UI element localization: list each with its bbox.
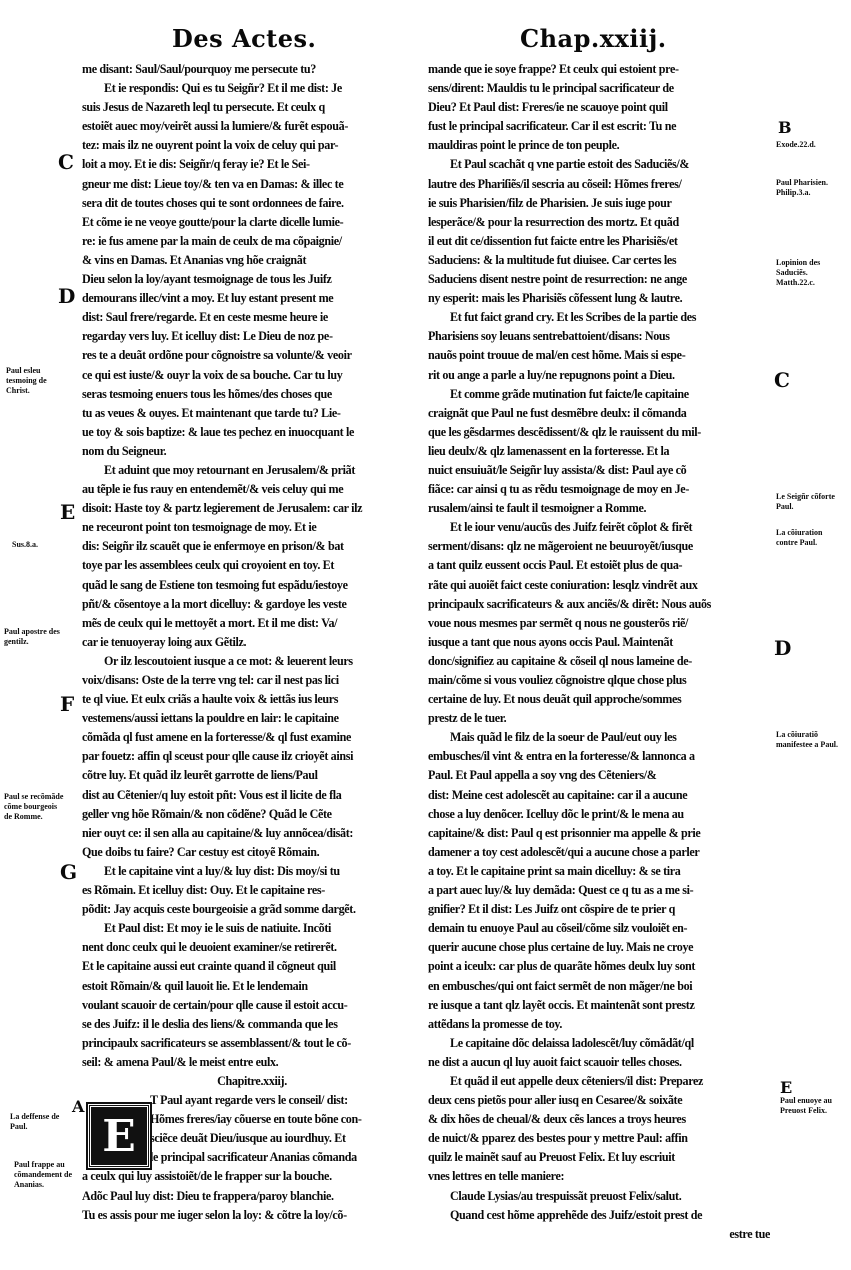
text-line: ue toy & sois baptize: & laue tes pechez…: [82, 423, 422, 442]
text-line: re: ie fus amene par la main de ceulx de…: [82, 232, 422, 251]
text-line: tu as veues & ouyes. Et maintenant que t…: [82, 404, 422, 423]
text-line: se des Juifz: il le deslia des liens/& c…: [82, 1015, 422, 1034]
margin-note-paul-pharisee: Paul Pharisien. Philip.3.a.: [776, 178, 838, 198]
text-line: geller vng hõe Rõmain/& non cõdẽne? Quãd…: [82, 805, 422, 824]
margin-note-paul-witness: Paul esleu tesmoing de Christ.: [6, 366, 68, 396]
text-line: rit ou ange a parle a luy/ne repugnons p…: [428, 366, 770, 385]
text-line: point a iceulx: car plus de quarãte hõme…: [428, 957, 770, 976]
running-head-right: Chap.xxiij.: [520, 24, 667, 53]
text-line: ne dist a aucun ql luy auoit faict scauo…: [428, 1053, 770, 1072]
text-line: a tant quilz eussent occis Paul. Et esto…: [428, 556, 770, 575]
text-line: serment/disans: qlz ne mãgeroient ne beu…: [428, 537, 770, 556]
text-line: Que doibs tu faire? Car cestuy est citoy…: [82, 843, 422, 862]
text-line: dist: Meine cest adolescẽt au capitaine:…: [428, 786, 770, 805]
margin-note-lord-comforts: Le Seigñr cõforte Paul.: [776, 492, 838, 512]
section-letter-e: E: [60, 500, 75, 524]
margin-note-paul-apostle: Paul apostre des gentilz.: [4, 627, 66, 647]
text-line: & dix hões de cheual/& deux cẽs lances a…: [428, 1110, 770, 1129]
text-line: embusches/il vint & entra en la forteres…: [428, 747, 770, 766]
text-line: Et quãd il eut appelle deux cẽteniers/il…: [428, 1072, 770, 1091]
text-line: main/cõme si vous vouliez cõgnoistre qlq…: [428, 671, 770, 690]
text-line: pñt/& cõsentoye a la mort dicelluy: & ga…: [82, 595, 422, 614]
text-line: dist: Saul frere/regarde. Et en ceste me…: [82, 308, 422, 327]
text-line: cõmãda ql fust amene en la forteresse/& …: [82, 728, 422, 747]
text-line: te ql viue. Et eulx criãs a haulte voix …: [82, 690, 422, 709]
text-line: toye par les assemblees ceulx qui croyoi…: [82, 556, 422, 575]
text-line: mande que ie soye frappe? Et ceulx qui e…: [428, 60, 770, 79]
text-line: vestemens/aussi iettans la pouldre en la…: [82, 709, 422, 728]
text-line: ne receuront point ton tesmoignage de mo…: [82, 518, 422, 537]
text-line: suis Jesus de Nazareth leql tu persecute…: [82, 98, 422, 117]
right-text-column: mande que ie soye frappe? Et ceulx qui e…: [428, 60, 770, 1244]
left-text-column: me disant: Saul/Saul/pourquoy me persecu…: [82, 60, 422, 1225]
text-line: sera dit de toutes choses qui te sont or…: [82, 194, 422, 213]
text-line: deux cens pietõs pour aller iusq en Cesa…: [428, 1091, 770, 1110]
text-line: Saduciens disent nestre point de resurre…: [428, 270, 770, 289]
text-line: fust le principal sacrificateur. Car il …: [428, 117, 770, 136]
text-line: me disant: Saul/Saul/pourquoy me persecu…: [82, 60, 422, 79]
text-line: donc/signifiez au capitaine & cõseil ql …: [428, 652, 770, 671]
text-line: nauõs point trouue de mal/en cest hõme. …: [428, 346, 770, 365]
text-line: car ie tenuoyeray loing aux Gẽtilz.: [82, 633, 422, 652]
text-line: a ceulx qui luy assistoiẽt/de le frapper…: [82, 1167, 422, 1186]
margin-note-paul-struck: Paul frappe au cõmandement de Ananias.: [14, 1160, 76, 1190]
text-line: a part auec luy/& luy demãda: Quest ce q…: [428, 881, 770, 900]
text-line: prestz de le tuer.: [428, 709, 770, 728]
margin-note-sus: Sus.8.a.: [12, 540, 74, 550]
text-line: Et cõme ie ne veoye goutte/pour la clart…: [82, 213, 422, 232]
text-line: quilz le mainẽt sauf au Preuost Felix. E…: [428, 1148, 770, 1167]
text-line: & vins en Damas. Et Ananias vng hõe crai…: [82, 251, 422, 270]
text-line: Pharisiens soy leuans sentrebattoient/di…: [428, 327, 770, 346]
text-line: Et Paul scachãt q vne partie estoit des …: [428, 155, 770, 174]
text-line: mẽs de ceulx qui le mettoyẽt a mort. Et …: [82, 614, 422, 633]
text-line: dis: Seigñr ilz scauẽt que ie enfermoye …: [82, 537, 422, 556]
text-line: capitaine/& dist: Paul q est prisonnier …: [428, 824, 770, 843]
text-line: attẽdans la promesse de toy.: [428, 1015, 770, 1034]
text-line: damener a toy cest adolescẽt/qui a aucun…: [428, 843, 770, 862]
text-line: lesperãce/& pour la resurrection des mor…: [428, 213, 770, 232]
text-line: sens/dirent: Mauldis tu le principal sac…: [428, 79, 770, 98]
text-line: loit a moy. Et ie dis: Seigñr/q feray ie…: [82, 155, 422, 174]
text-line: nom du Seigneur.: [82, 442, 422, 461]
text-line: quãd le sang de Estiene ton tesmoing fut…: [82, 576, 422, 595]
text-line: ce qui est iuste/& ouyr la voix de sa bo…: [82, 366, 422, 385]
text-line: iusque a tant que nous ayons occis Paul.…: [428, 633, 770, 652]
text-line: estoiẽt auec moy/veirẽt aussi la lumiere…: [82, 117, 422, 136]
text-line: res te a deuãt ordõne pour cõgnoistre sa…: [82, 346, 422, 365]
text-line: gnifier? Et il dist: Les Juifz ont cõspi…: [428, 900, 770, 919]
running-head-left: Des Actes.: [172, 24, 316, 53]
decorated-initial-e: E: [88, 1104, 150, 1168]
catchword: estre tue: [428, 1225, 770, 1244]
text-line: dist au Cẽtenier/q luy estoit pñt: Vous …: [82, 786, 422, 805]
section-letter-d-right: D: [774, 636, 791, 660]
text-line: certaine de luy. Et nous deuãt quil appr…: [428, 690, 770, 709]
text-line: lieu deulx/& qlz lamenassent en la forte…: [428, 442, 770, 461]
text-line: Et comme grãde mutination fut faicte/le …: [428, 385, 770, 404]
margin-note-paul-sent: Paul enuoye au Preuost Felix.: [780, 1096, 842, 1116]
text-line: Et ie respondis: Qui es tu Seigñr? Et il…: [82, 79, 422, 98]
text-line: Mais quãd le filz de la soeur de Paul/eu…: [428, 728, 770, 747]
text-line: voulant scauoir de certain/pour qlle cau…: [82, 996, 422, 1015]
text-line: rusalem/ainsi te fault il tesmoigner a R…: [428, 499, 770, 518]
text-line: lautre des Phariſiẽs/il sescria au cõsei…: [428, 175, 770, 194]
text-line: demourans illec/vint a moy. Et luy estan…: [82, 289, 422, 308]
text-line: a toy. Et le capitaine print sa main dic…: [428, 862, 770, 881]
text-line: nier ouyt ce: il sen alla au capitaine/&…: [82, 824, 422, 843]
section-letter-e-right: E: [780, 1078, 792, 1097]
margin-note-exodus: Exode.22.d.: [776, 140, 838, 150]
text-line: chose a luy denõcer. Icelluy dõc le prin…: [428, 805, 770, 824]
text-line: de nuict/& pparez des bestes pour y mett…: [428, 1129, 770, 1148]
text-line: en embusches/qui ont faict sermẽt de non…: [428, 977, 770, 996]
text-line: que les gẽsdarmes descẽdissent/& qlz le …: [428, 423, 770, 442]
text-line: estoit Rõmain/& quil lauoit lie. Et le l…: [82, 977, 422, 996]
text-line: au tẽple ie fus rauy en entendemẽt/& vei…: [82, 480, 422, 499]
text-line: Et le iour venu/aucũs des Juifz feirẽt c…: [428, 518, 770, 537]
section-letter-c: C: [58, 150, 74, 174]
text-line: gneur me dist: Lieue toy/& ten va en Dam…: [82, 175, 422, 194]
text-line: põdit: Jay acquis ceste bourgeoisie a gr…: [82, 900, 422, 919]
text-line: voix/disans: Oste de la terre vng tel: c…: [82, 671, 422, 690]
text-line: ie suis Pharisien/filz de Pharisien. Je …: [428, 194, 770, 213]
text-line: Or ilz lescoutoient iusque a ce mot: & l…: [82, 652, 422, 671]
text-line: seil: & amena Paul/& le meist entre eulx…: [82, 1053, 422, 1072]
margin-note-paul-citizen: Paul se recõmãde cõme bourgeois de Romme…: [4, 792, 66, 822]
text-line: Et le capitaine vint a luy/& luy dist: D…: [82, 862, 422, 881]
chapter-heading: Chapitre.xxiij.: [82, 1072, 422, 1091]
text-line: nuict ensuiuãt/le Seigñr luy assista/& d…: [428, 461, 770, 480]
text-line: Saduciens: & la multitude fut diuisee. C…: [428, 251, 770, 270]
section-letter-c-right: C: [774, 368, 790, 392]
text-line: querir aucune chose plus certaine de luy…: [428, 938, 770, 957]
text-line: principaulx sacrificateurs & aux anciẽs/…: [428, 595, 770, 614]
text-line: Et Paul dist: Et moy ie le suis de natiu…: [82, 919, 422, 938]
text-line: Tu es assis pour me iuger selon la loy: …: [82, 1206, 422, 1225]
margin-note-conspiracy: La cõiuration contre Paul.: [776, 528, 838, 548]
text-line: cõtre luy. Et quãd ilz leurẽt garrotte d…: [82, 766, 422, 785]
text-line: mauldiras point le prince de ton peuple.: [428, 136, 770, 155]
section-letter-d: D: [58, 284, 75, 308]
text-line: voue nous mesmes par sermẽt q nous ne go…: [428, 614, 770, 633]
text-line: tez: mais ilz ne ouyrent point la voix d…: [82, 136, 422, 155]
text-line: Et fut faict grand cry. Et les Scribes d…: [428, 308, 770, 327]
text-line: Dieu? Et Paul dist: Freres/ie ne scauoye…: [428, 98, 770, 117]
text-line: Dieu selon la loy/ayant tesmoignage de t…: [82, 270, 422, 289]
text-line: principaulx sacrificateurs se assemblass…: [82, 1034, 422, 1053]
text-line: seras tesmoing enuers tous les hõmes/des…: [82, 385, 422, 404]
section-letter-g: G: [60, 860, 77, 884]
text-line: Et le capitaine aussi eut crainte quand …: [82, 957, 422, 976]
margin-note-defense: La deffense de Paul.: [10, 1112, 72, 1132]
text-line: re iusque a tant qlz layẽt occis. Et mai…: [428, 996, 770, 1015]
text-line: Et aduint que moy retournant en Jerusale…: [82, 461, 422, 480]
text-line: demain tu enuoye Paul au cõseil/cõme sil…: [428, 919, 770, 938]
text-line: Adõc Paul luy dist: Dieu te frappera/par…: [82, 1187, 422, 1206]
text-line: par fouetz: affin ql sceust pour qlle ca…: [82, 747, 422, 766]
text-line: il eut dit ce/dissention fut faicte entr…: [428, 232, 770, 251]
text-line: fiãce: car ainsi q tu as rẽdu tesmoignag…: [428, 480, 770, 499]
section-letter-b: B: [778, 118, 792, 137]
text-line: rãte qui auoiẽt faict ceste coniuration:…: [428, 576, 770, 595]
text-line: ny esperit: mais les Pharisiẽs cõfessent…: [428, 289, 770, 308]
text-line: craignãt que Paul ne fust desmẽbre deulx…: [428, 404, 770, 423]
text-line: Quand cest hõme apprehẽde des Juifz/esto…: [428, 1206, 770, 1225]
margin-note-sadducees: Lopinion des Saduciẽs. Matth.22.c.: [776, 258, 838, 288]
text-line: disoit: Haste toy & partz legierement de…: [82, 499, 422, 518]
text-line: Le capitaine dõc delaissa ladolescẽt/luy…: [428, 1034, 770, 1053]
text-line: nent donc ceulx qui le deuoient examiner…: [82, 938, 422, 957]
text-line: Claude Lysias/au trespuissãt preuost Fel…: [428, 1187, 770, 1206]
section-letter-f: F: [60, 692, 74, 716]
text-line: es Rõmain. Et icelluy dist: Ouy. Et le c…: [82, 881, 422, 900]
text-line: regarday vers luy. Et icelluy dist: Le D…: [82, 327, 422, 346]
text-line: Paul. Et Paul appella a soy vng des Cẽte…: [428, 766, 770, 785]
margin-note-conspiracy-revealed: La cõiuratiõ manifestee a Paul.: [776, 730, 838, 750]
text-line: vnes lettres en telle maniere:: [428, 1167, 770, 1186]
